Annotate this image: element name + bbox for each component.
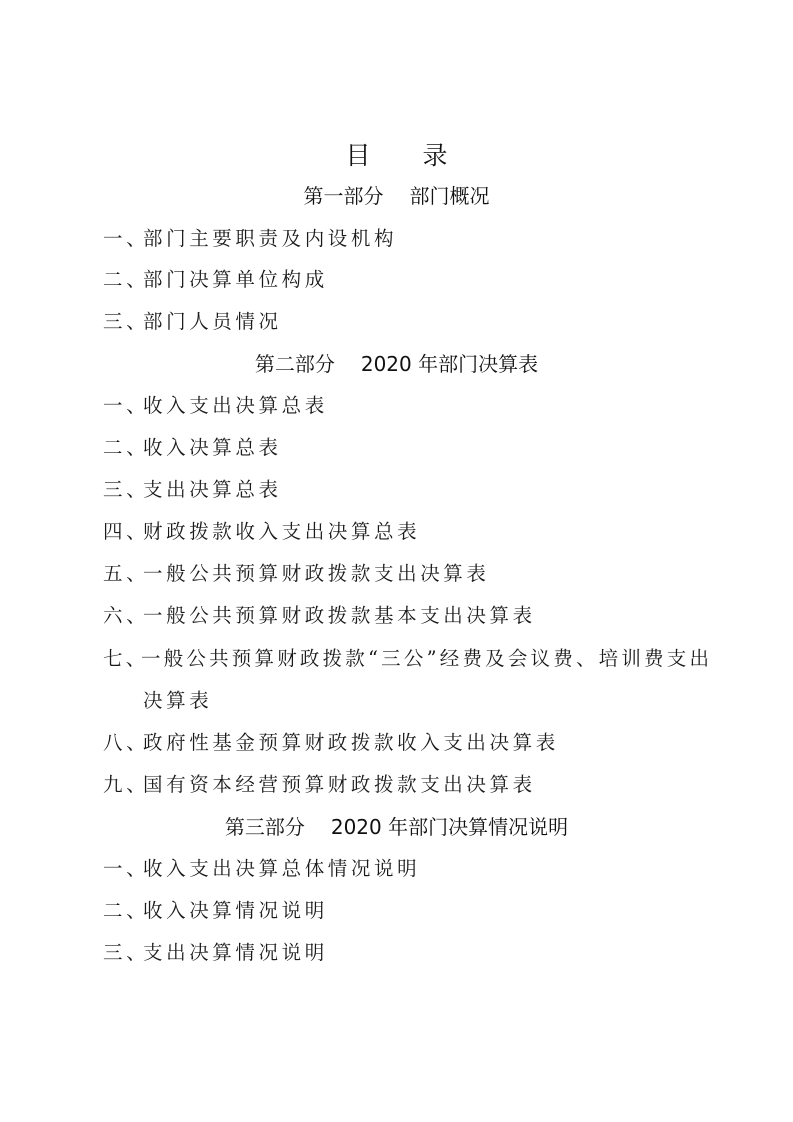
toc-entry-number: 九、: [103, 771, 143, 799]
toc-entry-text: 决算表: [143, 689, 212, 712]
toc-entry-number: 七、: [103, 645, 141, 673]
toc-entry[interactable]: 九、国有资本经营预算财政拨款支出决算表: [103, 771, 536, 799]
toc-entry-text: 部门人员情况: [143, 310, 282, 333]
toc-entry[interactable]: 一、收入支出决算总体情况说明: [103, 855, 420, 883]
toc-entry-text: 部门主要职责及内设机构: [143, 227, 397, 250]
toc-entry-number: 一、: [103, 855, 143, 883]
toc-entry-text: 收入支出决算总体情况说明: [143, 857, 420, 880]
toc-entry[interactable]: 六、一般公共预算财政拨款基本支出决算表: [103, 602, 536, 630]
toc-entry-number: 五、: [103, 560, 143, 588]
toc-entry-text: 收入决算总表: [143, 436, 282, 459]
toc-entry-number: 三、: [103, 476, 143, 504]
toc-entry-text: 收入决算情况说明: [143, 899, 328, 922]
toc-entry[interactable]: 一、部门主要职责及内设机构: [103, 225, 397, 253]
toc-entry-text: 一般公共预算财政拨款支出决算表: [143, 562, 490, 585]
toc-page: 目 录 第一部分部门概况 一、部门主要职责及内设机构 二、部门决算单位构成 三、…: [0, 0, 793, 1122]
toc-entry-number: 二、: [103, 897, 143, 925]
part-3-prefix: 第三部分: [225, 815, 305, 839]
toc-entry[interactable]: 五、一般公共预算财政拨款支出决算表: [103, 560, 490, 588]
toc-entry-number: 三、: [103, 308, 143, 336]
part-2-title: 2020 年部门决算表: [361, 352, 538, 376]
toc-entry-number: 二、: [103, 266, 143, 294]
toc-entry[interactable]: 四、财政拨款收入支出决算总表: [103, 518, 420, 546]
toc-entry[interactable]: 二、收入决算总表: [103, 434, 282, 462]
toc-entry[interactable]: 三、部门人员情况: [103, 308, 282, 336]
page-title: 目 录: [0, 140, 793, 172]
toc-entry-text: 一般公共预算财政拨款“三公”经费及会议费、培训费支出: [141, 647, 712, 670]
toc-entry-text: 国有资本经营预算财政拨款支出决算表: [143, 773, 536, 796]
toc-entry-number: 一、: [103, 392, 143, 420]
part-2-prefix: 第二部分: [255, 352, 335, 376]
toc-entry-text: 一般公共预算财政拨款基本支出决算表: [143, 604, 536, 627]
toc-entry-number: 六、: [103, 602, 143, 630]
toc-entry-number: 四、: [103, 518, 143, 546]
toc-entry[interactable]: 一、收入支出决算总表: [103, 392, 328, 420]
toc-entry-text: 财政拨款收入支出决算总表: [143, 520, 420, 543]
part-3-heading: 第三部分2020 年部门决算情况说明: [0, 813, 793, 841]
part-1-title: 部门概况: [410, 184, 490, 208]
toc-entry-text: 支出决算总表: [143, 478, 282, 501]
toc-entry-continuation[interactable]: 决算表: [143, 687, 212, 715]
toc-entry[interactable]: 八、政府性基金预算财政拨款收入支出决算表: [103, 729, 559, 757]
toc-entry[interactable]: 七、一般公共预算财政拨款“三公”经费及会议费、培训费支出: [103, 645, 712, 673]
part-2-heading: 第二部分2020 年部门决算表: [0, 350, 793, 378]
toc-entry-number: 二、: [103, 434, 143, 462]
part-1-prefix: 第一部分: [304, 184, 384, 208]
toc-entry[interactable]: 二、收入决算情况说明: [103, 897, 328, 925]
toc-entry-number: 八、: [103, 729, 143, 757]
toc-entry-text: 部门决算单位构成: [143, 268, 328, 291]
toc-entry[interactable]: 三、支出决算情况说明: [103, 939, 328, 967]
toc-entry-number: 一、: [103, 225, 143, 253]
toc-entry-text: 收入支出决算总表: [143, 394, 328, 417]
toc-entry-text: 政府性基金预算财政拨款收入支出决算表: [143, 731, 559, 754]
toc-entry-number: 三、: [103, 939, 143, 967]
toc-entry[interactable]: 三、支出决算总表: [103, 476, 282, 504]
part-1-heading: 第一部分部门概况: [0, 182, 793, 210]
toc-entry[interactable]: 二、部门决算单位构成: [103, 266, 328, 294]
part-3-title: 2020 年部门决算情况说明: [331, 815, 568, 839]
toc-entry-text: 支出决算情况说明: [143, 941, 328, 964]
